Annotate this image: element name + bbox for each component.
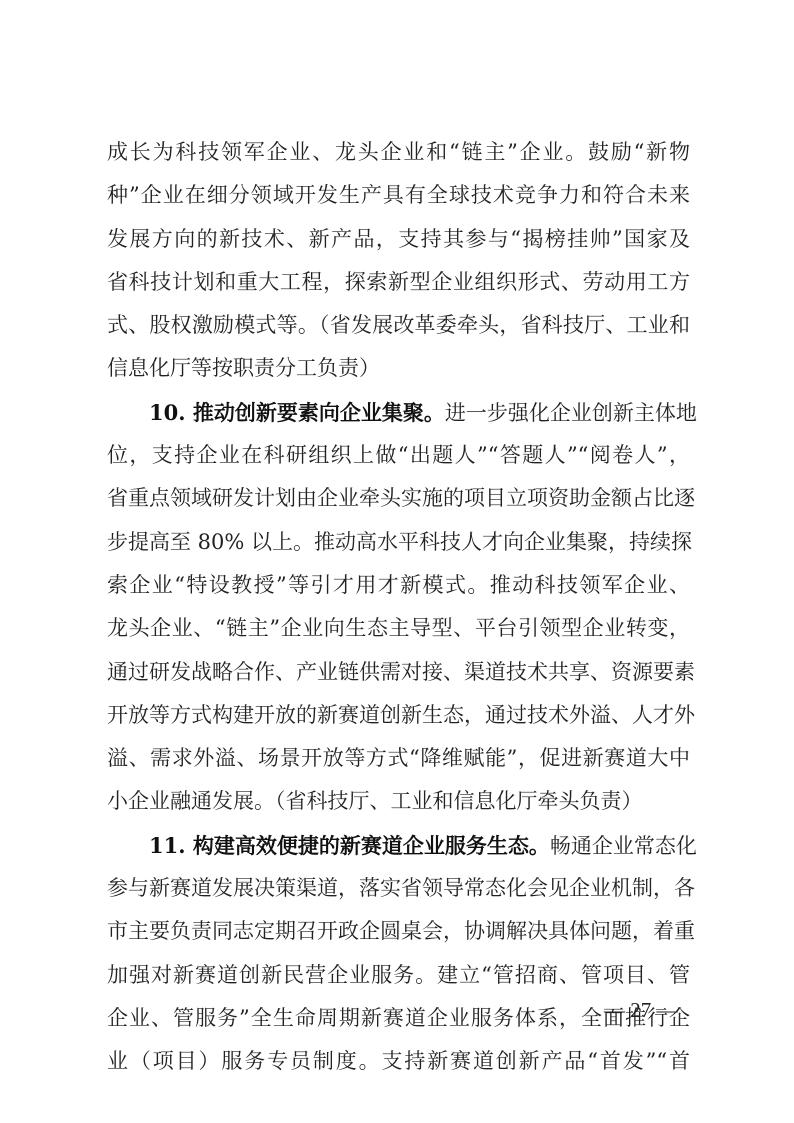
text-line: 企业、管服务”全生命周期新赛道企业服务体系，全面推行企 [107,997,690,1040]
text-line: 省重点领域研发计划由企业牵头实施的项目立项资助金额占比逐 [107,477,690,520]
heading-line-rest: 进一步强化企业创新主体地 [445,401,697,425]
text-line: 索企业“特设教授”等引才用才新模式。推动科技领军企业、 [107,564,690,607]
text-line: 开放等方式构建开放的新赛道创新生态，通过技术外溢、人才外 [107,694,690,737]
paragraph-item-11: 11. 构建高效便捷的新赛道企业服务生态。畅通企业常态化 参与新赛道发展决策渠道… [107,824,690,1084]
text-line: 业（项目）服务专员制度。支持新赛道创新产品“首发”“首 [107,1040,690,1083]
text-line: 发展方向的新技术、新产品，支持其参与“揭榜挂帅”国家及 [107,218,690,261]
text-line: 龙头企业、“链主”企业向生态主导型、平台引领型企业转变， [107,607,690,650]
text-line: 加强对新赛道创新民营企业服务。建立“管招商、管项目、管 [107,954,690,997]
item-heading: 10. 推动创新要素向企业集聚。 [149,400,445,425]
text-line: 省科技计划和重大工程，探索新型企业组织形式、劳动用工方 [107,261,690,304]
text-line: 式、股权激励模式等。（省发展改革委牵头，省科技厅、工业和 [107,304,690,347]
text-line: 步提高至 80% 以上。推动高水平科技人才向企业集聚，持续探 [107,521,690,564]
heading-line: 10. 推动创新要素向企业集聚。进一步强化企业创新主体地 [107,391,690,434]
text-line: 参与新赛道发展决策渠道，落实省领导常态化会见企业机制，各 [107,867,690,910]
text-line: 成长为科技领军企业、龙头企业和“链主”企业。鼓励“新物 [107,131,690,174]
item-heading: 11. 构建高效便捷的新赛道企业服务生态。 [149,833,550,858]
page-number: — 27 — [604,998,678,1023]
heading-line: 11. 构建高效便捷的新赛道企业服务生态。畅通企业常态化 [107,824,690,867]
heading-line-rest: 畅通企业常态化 [550,834,697,858]
text-line: 种”企业在细分领域开发生产具有全球技术竞争力和符合未来 [107,174,690,217]
text-line: 信息化厅等按职责分工负责） [107,347,690,390]
text-line: 位，支持企业在科研组织上做“出题人”“答题人”“阅卷人”， [107,434,690,477]
text-line: 市主要负责同志定期召开政企圆桌会，协调解决具体问题，着重 [107,910,690,953]
text-line: 通过研发战略合作、产业链供需对接、渠道技术共享、资源要素 [107,651,690,694]
paragraph-continuation: 成长为科技领军企业、龙头企业和“链主”企业。鼓励“新物 种”企业在细分领域开发生… [107,131,690,391]
document-page: 成长为科技领军企业、龙头企业和“链主”企业。鼓励“新物 种”企业在细分领域开发生… [107,131,690,1084]
text-line: 小企业融通发展。（省科技厅、工业和信息化厅牵头负责） [107,780,690,823]
paragraph-item-10: 10. 推动创新要素向企业集聚。进一步强化企业创新主体地 位，支持企业在科研组织… [107,391,690,824]
text-line: 溢、需求外溢、场景开放等方式“降维赋能”，促进新赛道大中 [107,737,690,780]
